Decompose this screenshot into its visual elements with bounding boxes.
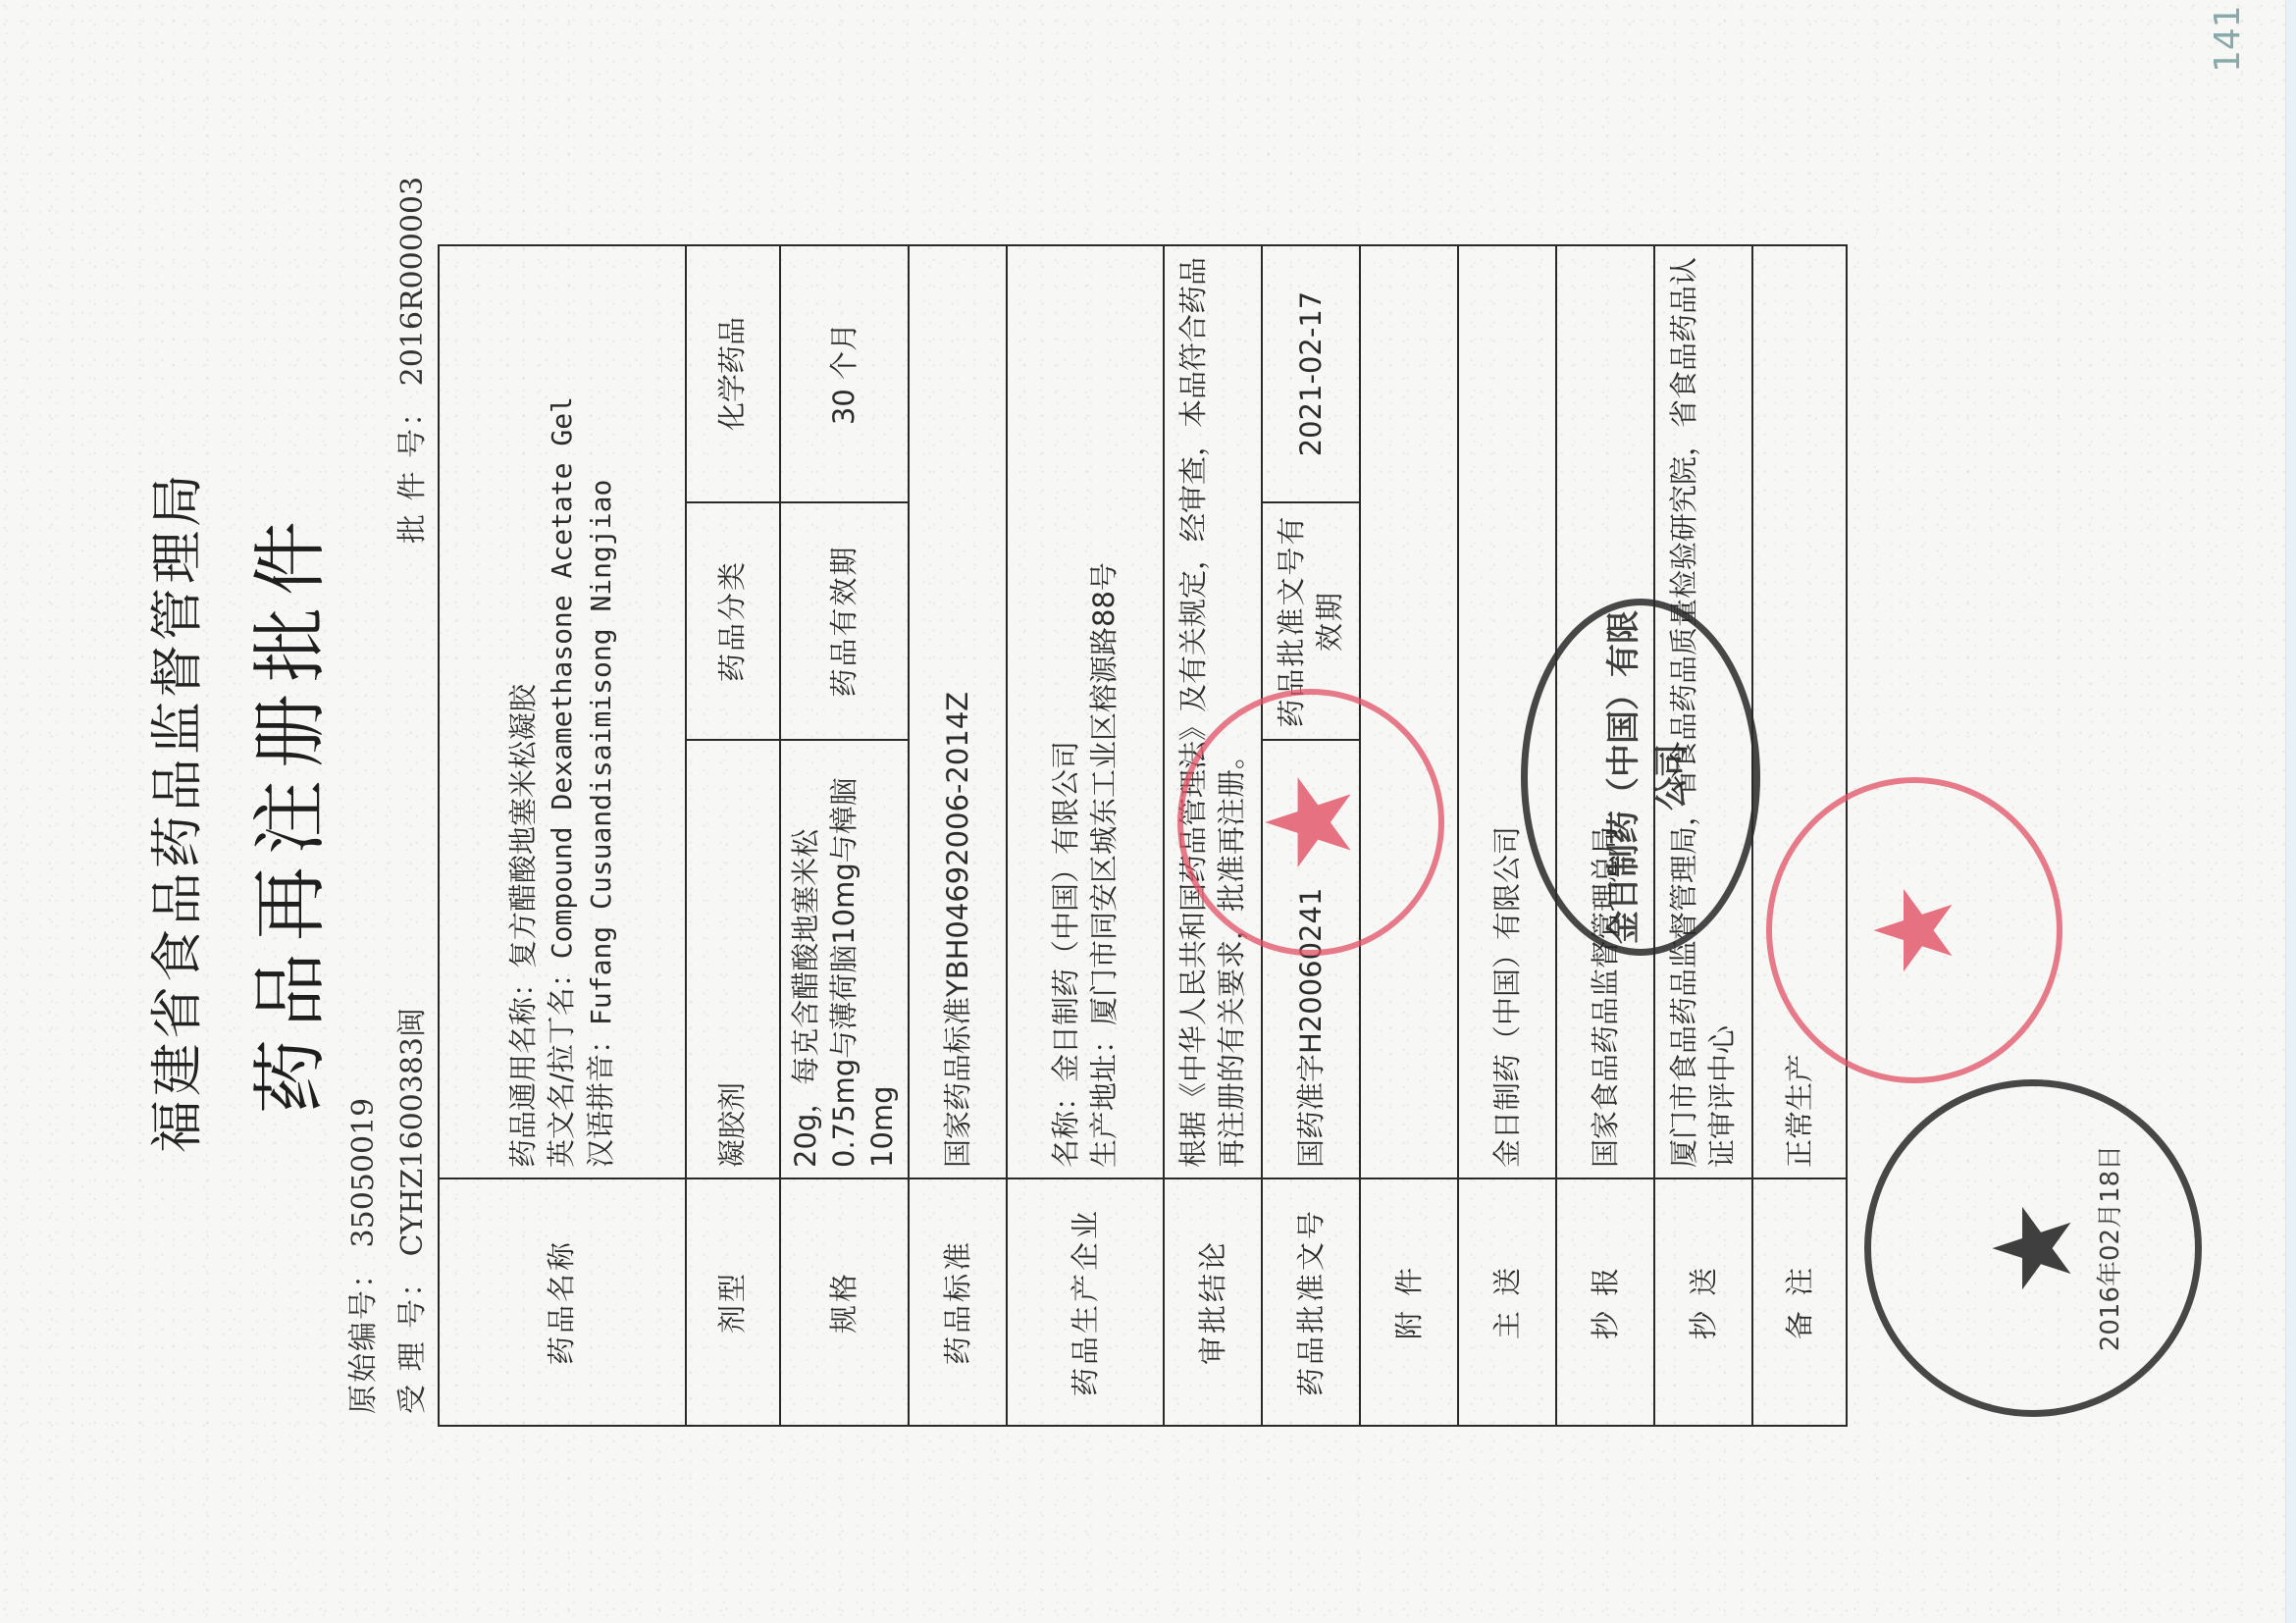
drug-class-value: 化学药品 (686, 245, 780, 502)
specification-label: 规格 (780, 1178, 909, 1426)
pinyin-label: 汉语拼音： (584, 1025, 617, 1168)
manufacturer-name-label: 名称： (1049, 1082, 1082, 1168)
standard-value: 国家药品标准YBH04692006-2014Z (909, 245, 1007, 1178)
acceptance-number-value: CYHZ1600383闽 (395, 1008, 430, 1256)
generic-name-label: 药品通用名称： (506, 969, 540, 1168)
company-seal-text: 金日制药（中国）有限公司 (1596, 605, 1693, 949)
pinyin: Fufang Cusuandisaimisong Ningjiao (585, 480, 617, 1025)
original-number-label: 原始编号： (346, 1257, 381, 1414)
red-seal-heilongjiang: ★ (1766, 777, 2062, 1083)
manufacturer-address: 厦门市同安区城东工业区榕源路88号 (1087, 562, 1121, 1025)
standard-label: 药品标准 (909, 1178, 1007, 1426)
row-standard: 药品标准 国家药品标准YBH04692006-2014Z (909, 245, 1007, 1426)
document-title: 药品再注册批件 (231, 0, 338, 1623)
agency-seal: ★ 2016年02月18日 (1864, 1079, 2202, 1417)
original-number-value: 35050019 (346, 1098, 381, 1248)
cc-report-label: 抄 报 (1556, 1178, 1654, 1426)
manufacturer-label: 药品生产企业 (1007, 1178, 1164, 1426)
dosage-form-value: 凝胶剂 (686, 740, 780, 1178)
original-number: 原始编号： 35050019 (339, 1098, 382, 1414)
main-recipient-label: 主 送 (1458, 1178, 1556, 1426)
drug-name-label: 药品名称 (439, 1178, 686, 1426)
dosage-form-label: 剂型 (686, 1178, 780, 1426)
row-manufacturer: 药品生产企业 名称：金日制药（中国）有限公司 生产地址：厦门市同安区城东工业区榕… (1007, 245, 1164, 1426)
approval-doc-number-value: 2016R000003 (395, 177, 430, 386)
attachment-label: 附 件 (1360, 1178, 1458, 1426)
agency-seal-date: 2016年02月18日 (2090, 1086, 2126, 1410)
manufacturer-value: 名称：金日制药（中国）有限公司 生产地址：厦门市同安区城东工业区榕源路88号 (1007, 245, 1164, 1178)
star-icon: ★ (1252, 769, 1370, 875)
shelf-life-label: 药品有效期 (780, 502, 909, 740)
remarks-label: 备 注 (1752, 1178, 1847, 1426)
handwritten-page-mark: 141 (2208, 5, 2248, 73)
document-page: 福建省食品药品监督管理局 药品再注册批件 原始编号： 35050019 受 理 … (0, 0, 2296, 1623)
english-name-label: 英文名/拉丁名： (545, 959, 578, 1168)
conclusion-label: 审批结论 (1164, 1178, 1262, 1426)
approval-doc-number-label: 批 件 号： (395, 395, 430, 544)
acceptance-number-label: 受 理 号： (395, 1266, 430, 1414)
agency-title: 福建省食品药品监督管理局 (135, 0, 211, 1623)
red-seal-xiamen: ★ (1177, 689, 1444, 956)
drug-class-label: 药品分类 (686, 502, 780, 740)
manufacturer-name: 金日制药（中国）有限公司 (1049, 741, 1082, 1082)
generic-name: 复方醋酸地塞米松凝胶 (506, 684, 540, 969)
shelf-life-value: 30 个月 (780, 245, 909, 502)
manufacturer-address-label: 生产地址： (1087, 1025, 1121, 1168)
approval-validity-value: 2021-02-17 (1262, 245, 1360, 502)
row-dosage-form: 剂型 凝胶剂 药品分类 化学药品 (686, 245, 780, 1426)
drug-name-value: 药品通用名称：复方醋酸地塞米松凝胶 英文名/拉丁名：Compound Dexam… (439, 245, 686, 1178)
cc-send-label: 抄 送 (1654, 1178, 1752, 1426)
acceptance-number: 受 理 号： CYHZ1600383闽 (388, 1008, 431, 1414)
star-icon: ★ (1979, 1200, 2087, 1297)
row-drug-name: 药品名称 药品通用名称：复方醋酸地塞米松凝胶 英文名/拉丁名：Compound … (439, 245, 686, 1426)
row-specification: 规格 20g，每克含醋酸地塞米松0.75mg与薄荷脑10mg与樟脑10mg 药品… (780, 245, 909, 1426)
star-icon: ★ (1860, 882, 1968, 979)
company-seal: 金日制药（中国）有限公司 (1521, 599, 1760, 956)
specification-value: 20g，每克含醋酸地塞米松0.75mg与薄荷脑10mg与樟脑10mg (780, 740, 909, 1178)
english-name: Compound Dexamethasone Acetate Gel (546, 396, 578, 959)
approval-doc-number: 批 件 号： 2016R000003 (388, 177, 431, 544)
approval-number-label: 药品批准文号 (1262, 1178, 1360, 1426)
